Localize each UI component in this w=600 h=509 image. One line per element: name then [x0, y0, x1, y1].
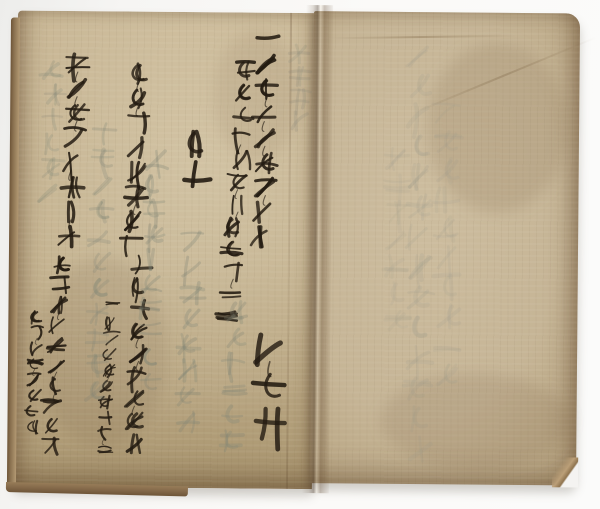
- crease-line: [286, 13, 292, 489]
- page-stack-edge-left: [7, 17, 20, 488]
- left-page: [14, 11, 316, 490]
- crease-line: [411, 37, 597, 115]
- page-stack-edge-bottom: [6, 482, 188, 496]
- paper-grain: [14, 11, 316, 490]
- right-page: [310, 11, 580, 485]
- dog-ear-corner: [552, 457, 578, 487]
- stain: [213, 30, 300, 161]
- paper-grain: [310, 11, 580, 485]
- stain: [426, 42, 567, 213]
- photo-scene: [0, 0, 600, 509]
- stain: [380, 373, 571, 470]
- open-book: [14, 3, 584, 496]
- stain: [36, 257, 168, 448]
- crease-line: [324, 35, 516, 40]
